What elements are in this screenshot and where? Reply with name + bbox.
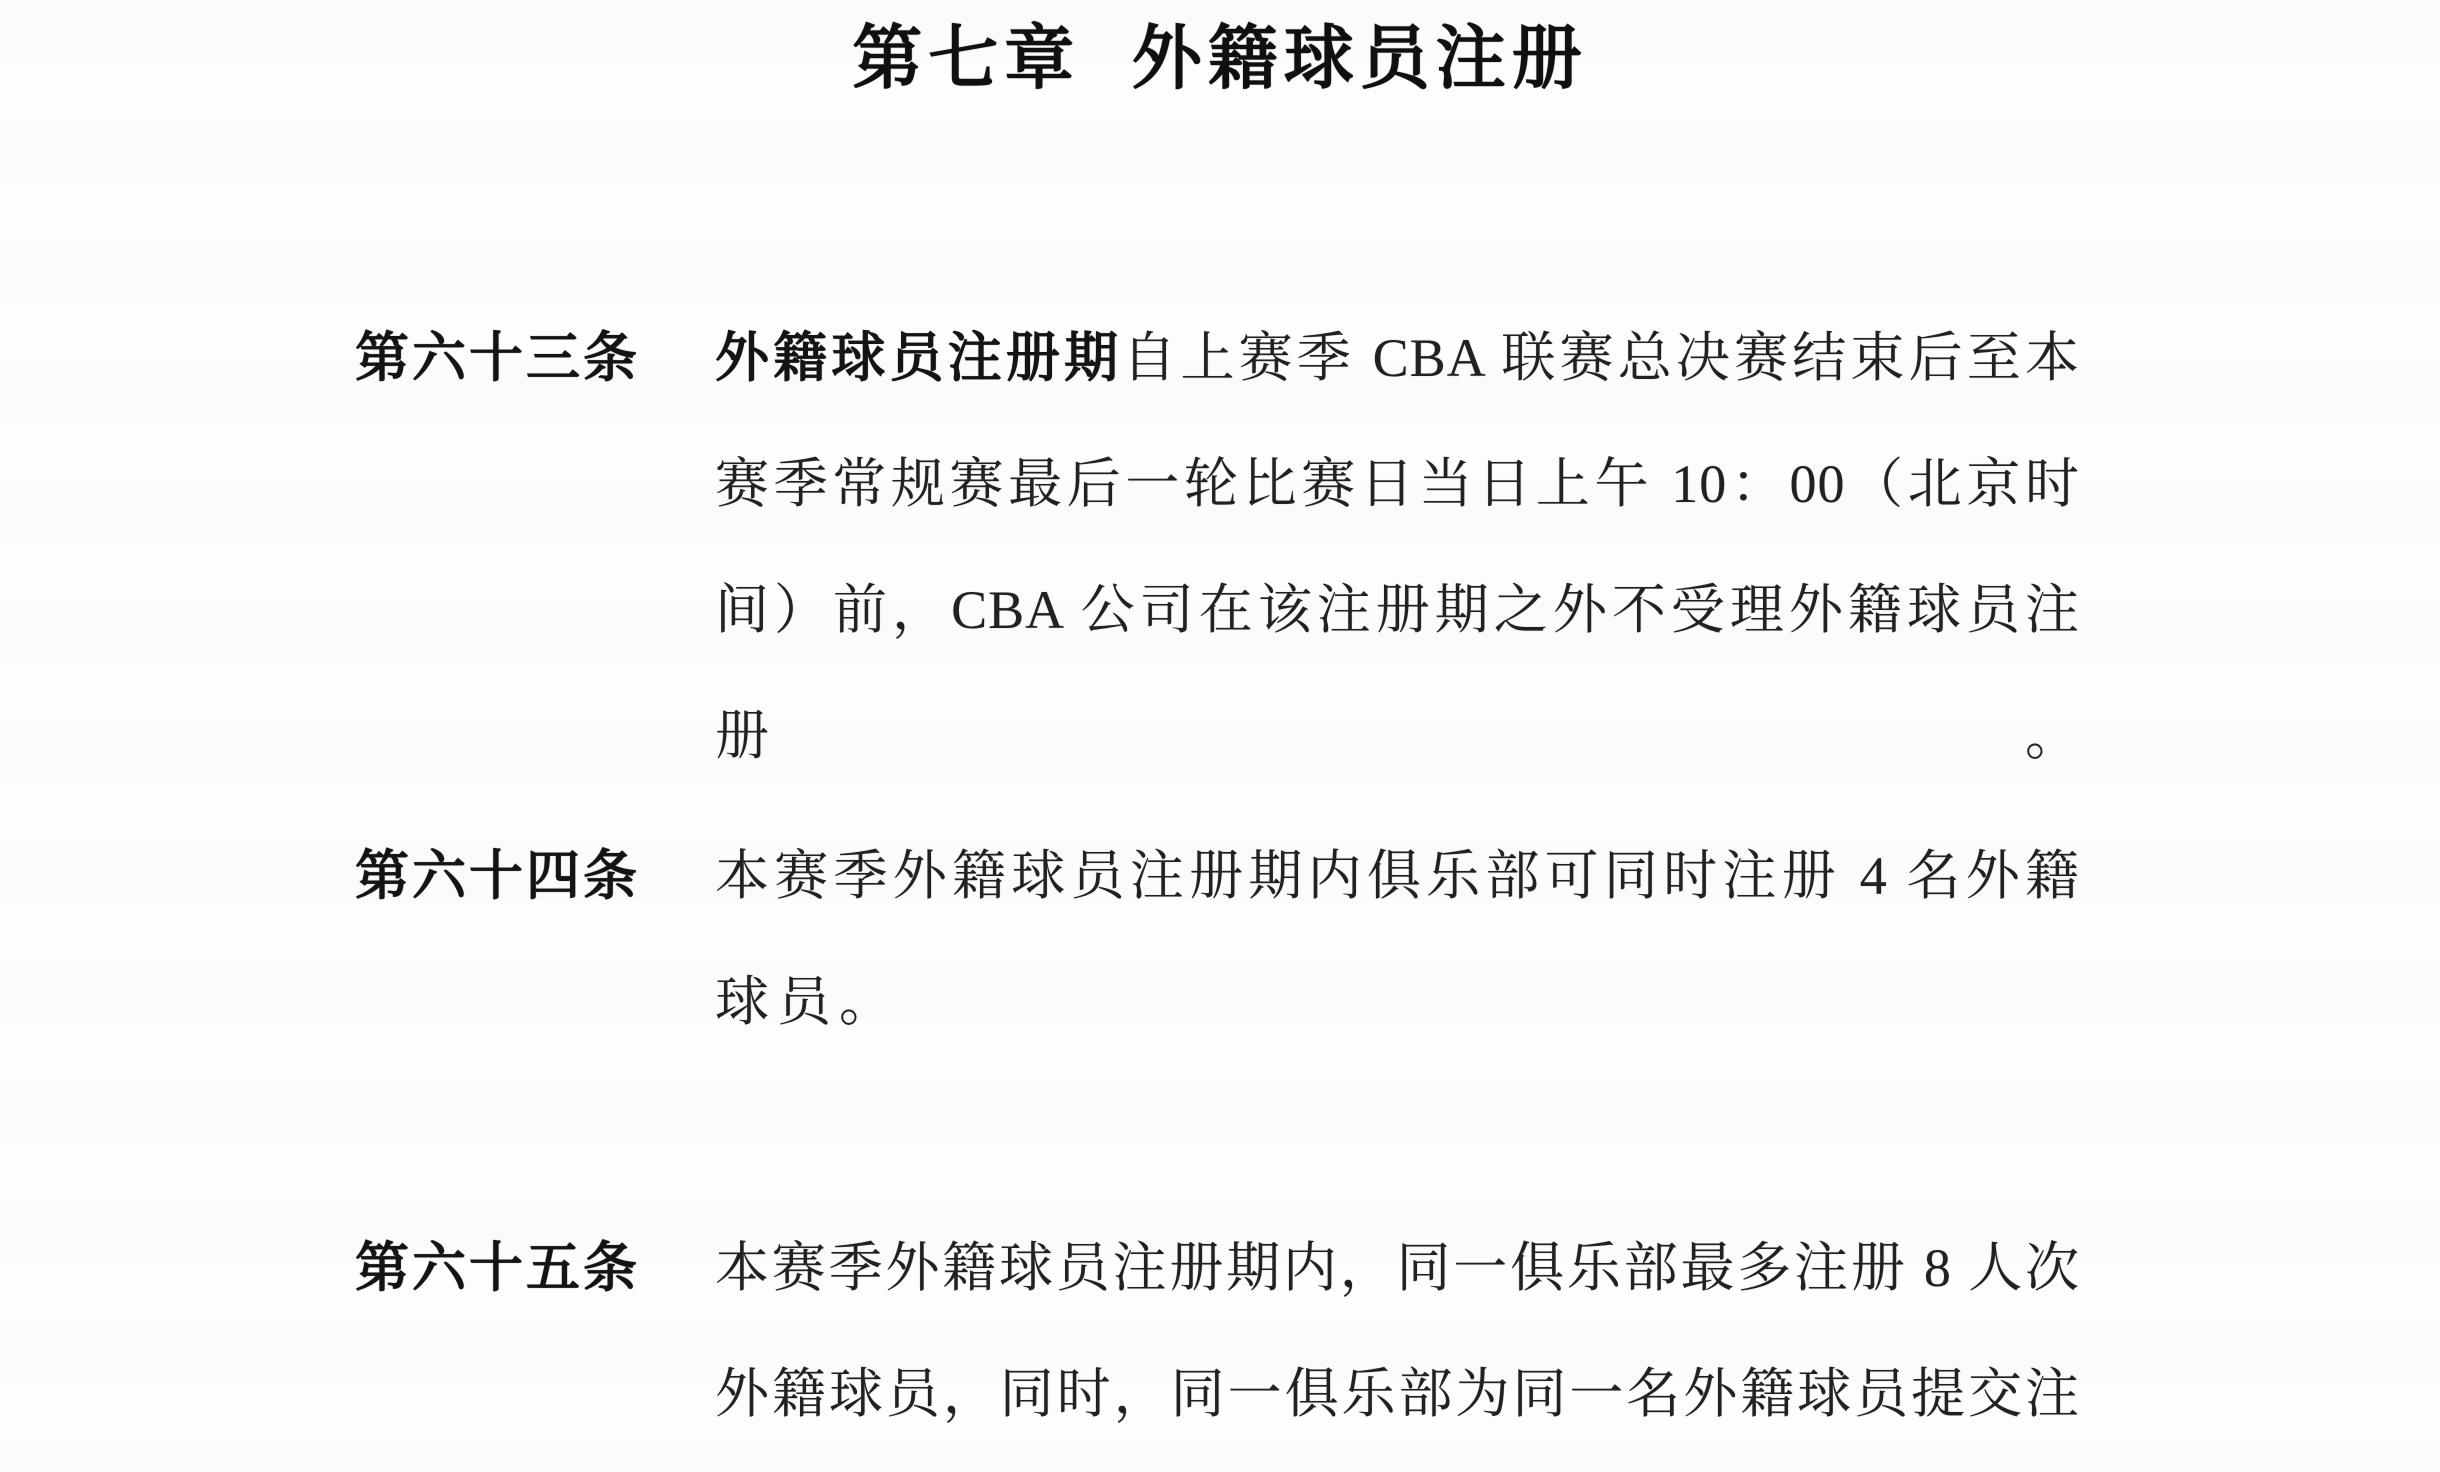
article-63-label: 第六十三条 <box>355 295 640 421</box>
article-63-line-3: 间）前，CBA 公司在该注册期之外不受理外籍球员注册。 <box>715 547 2080 799</box>
article-64-body: 本赛季外籍球员注册期内俱乐部可同时注册 4 名外籍 球员。 <box>715 813 2080 1065</box>
article-65-label: 第六十五条 <box>355 1205 640 1331</box>
article-63-line-1: 自上赛季 CBA 联赛总决赛结束后至本 <box>1122 328 2080 388</box>
article-63-bold-lead: 外籍球员注册期 <box>715 328 1122 388</box>
article-64-label: 第六十四条 <box>355 813 640 939</box>
body-line: 外籍球员注册期自上赛季 CBA 联赛总决赛结束后至本 <box>715 295 2080 421</box>
article-65-line-1: 本赛季外籍球员注册期内，同一俱乐部最多注册 8 人次 <box>715 1205 2080 1331</box>
article-65-body: 本赛季外籍球员注册期内，同一俱乐部最多注册 8 人次 外籍球员，同时，同一俱乐部… <box>715 1205 2080 1457</box>
article-63-line-2: 赛季常规赛最后一轮比赛日当日上午 10：00（北京时 <box>715 421 2080 547</box>
chapter-title: 第七章 外籍球员注册 <box>0 16 2440 100</box>
article-64-line-2: 球员。 <box>715 939 2080 1065</box>
article-65-line-2: 外籍球员，同时，同一俱乐部为同一名外籍球员提交注 <box>715 1331 2080 1457</box>
article-63-body: 外籍球员注册期自上赛季 CBA 联赛总决赛结束后至本 赛季常规赛最后一轮比赛日当… <box>715 295 2080 799</box>
article-64-line-1: 本赛季外籍球员注册期内俱乐部可同时注册 4 名外籍 <box>715 813 2080 939</box>
document-page: 第七章 外籍球员注册 第六十三条 外籍球员注册期自上赛季 CBA 联赛总决赛结束… <box>0 0 2440 1472</box>
